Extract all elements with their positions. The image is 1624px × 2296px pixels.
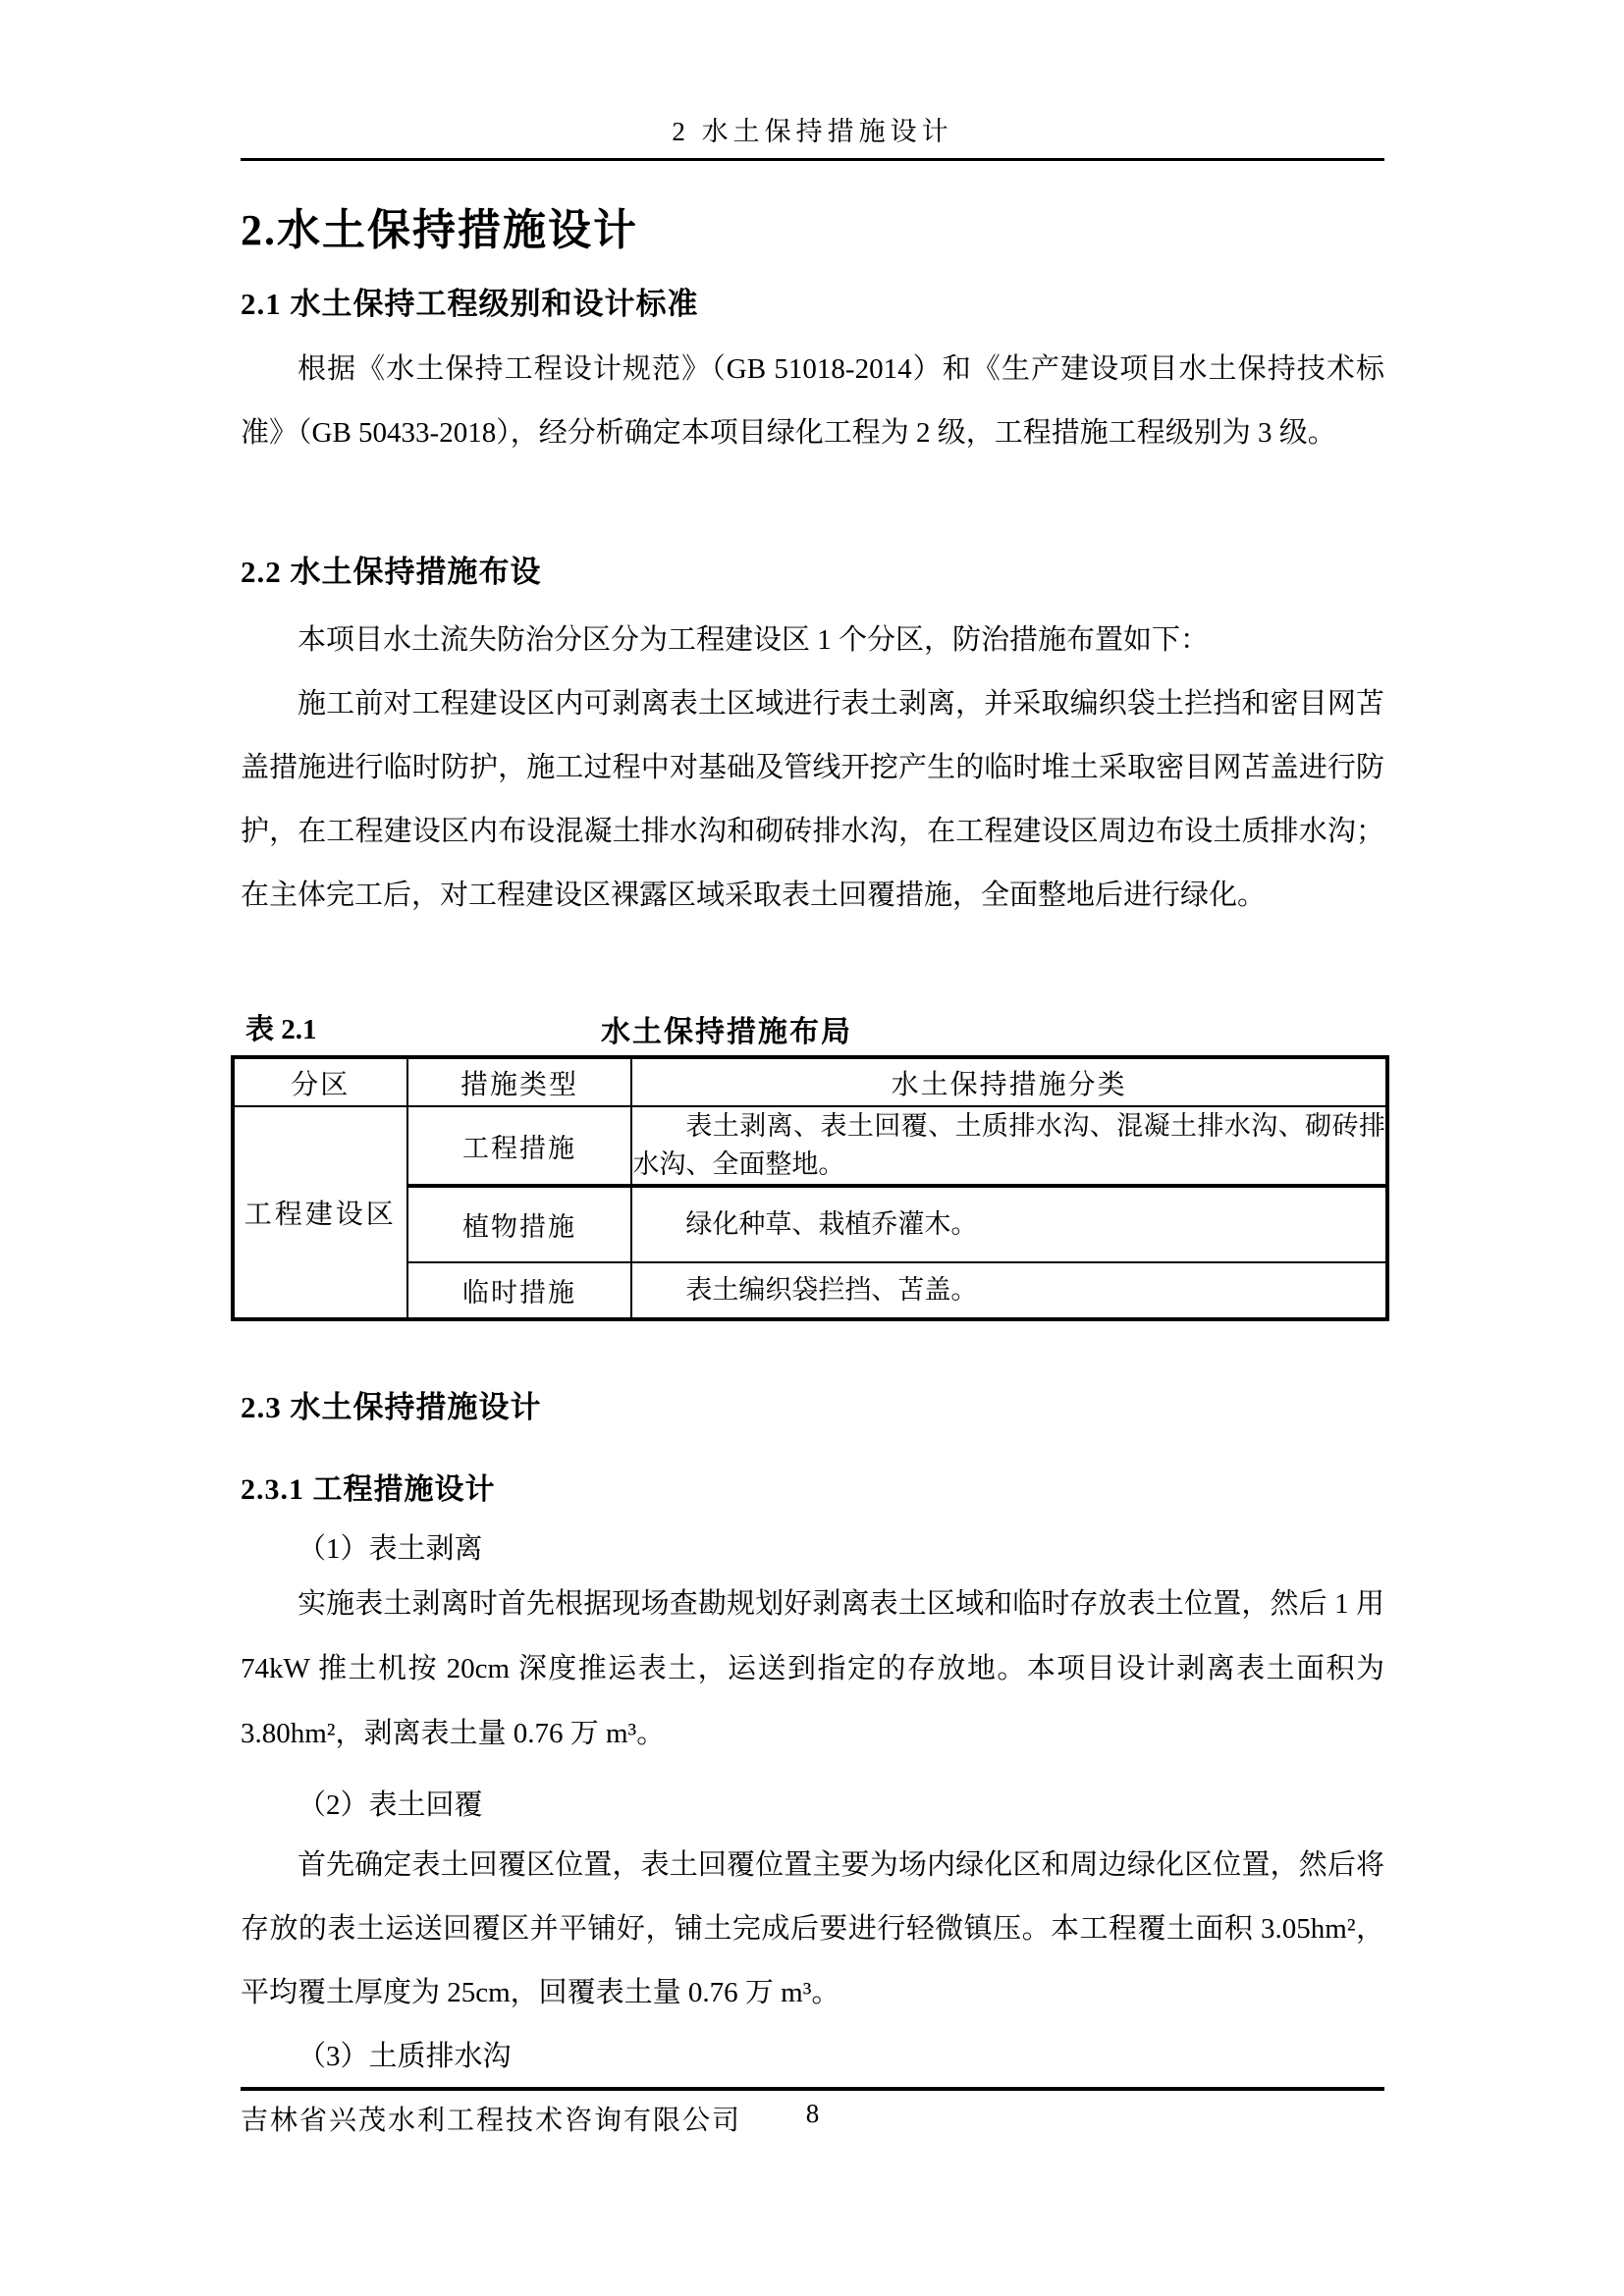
table-header-row: 分区 措施类型 水土保持措施分类	[233, 1057, 1387, 1106]
table-caption-title: 水土保持措施布局	[231, 1007, 1389, 1050]
measure-type-cell: 工程措施	[407, 1106, 632, 1186]
list-item-3-label: （3）土质排水沟	[241, 2034, 1384, 2074]
header-divider	[241, 158, 1384, 161]
paragraph-topsoil-stripping: 实施表土剥离时首先根据现场查勘规划好剥离表土区域和临时存放表土位置，然后 1 用…	[241, 1572, 1384, 1766]
heading-2-3-1: 2.3.1 工程措施设计	[241, 1465, 1384, 1508]
paragraph-2-1: 根据《水土保持工程设计规范》（GB 51018-2014）和《生产建设项目水土保…	[241, 338, 1384, 465]
measure-type-cell: 植物措施	[407, 1186, 632, 1262]
paragraph-topsoil-recover: 首先确定表土回覆区位置，表土回覆位置主要为场内绿化区和周边绿化区位置，然后将存放…	[241, 1834, 1384, 2025]
page-number: 8	[241, 2099, 1384, 2129]
table-row: 工程建设区 工程措施 表土剥离、表土回覆、土质排水沟、混凝土排水沟、砌砖排水沟、…	[233, 1106, 1387, 1186]
footer-divider	[241, 2087, 1384, 2091]
measure-desc-cell: 表土编织袋拦挡、苫盖。	[631, 1262, 1387, 1319]
list-item-2-label: （2）表土回覆	[241, 1783, 1384, 1823]
column-header-measure-type: 措施类型	[407, 1057, 632, 1106]
paragraph-2-2-intro: 本项目水土流失防治分区分为工程建设区 1 个分区，防治措施布置如下：	[241, 609, 1384, 672]
chapter-title: 2.水土保持措施设计	[241, 194, 1384, 257]
list-item-1-label: （1）表土剥离	[241, 1526, 1384, 1567]
heading-2-1: 2.1 水土保持工程级别和设计标准	[241, 279, 1384, 323]
column-header-zone: 分区	[233, 1057, 407, 1106]
measure-type-cell: 临时措施	[407, 1262, 632, 1319]
document-page: 2 水土保持措施设计 2.水土保持措施设计 2.1 水土保持工程级别和设计标准 …	[0, 0, 1624, 2296]
zone-cell: 工程建设区	[233, 1106, 407, 1319]
measure-desc-cell: 表土剥离、表土回覆、土质排水沟、混凝土排水沟、砌砖排水沟、全面整地。	[631, 1106, 1387, 1186]
table-caption: 表 2.1 水土保持措施布局	[231, 1007, 1389, 1048]
page-footer: 吉林省兴茂水利工程技术咨询有限公司 8	[241, 2099, 1384, 2138]
heading-2-3: 2.3 水土保持措施设计	[241, 1382, 1384, 1426]
measure-desc-cell: 绿化种草、栽植乔灌木。	[631, 1186, 1387, 1262]
heading-2-2: 2.2 水土保持措施布设	[241, 547, 1384, 591]
page-header-text: 2 水土保持措施设计	[241, 110, 1384, 148]
column-header-measure-class: 水土保持措施分类	[631, 1057, 1387, 1106]
paragraph-2-2-body: 施工前对工程建设区内可剥离表土区域进行表土剥离，并采取编织袋土拦挡和密目网苫盖措…	[241, 672, 1384, 928]
measures-table: 分区 措施类型 水土保持措施分类 工程建设区 工程措施 表土剥离、表土回覆、土质…	[231, 1055, 1389, 1321]
